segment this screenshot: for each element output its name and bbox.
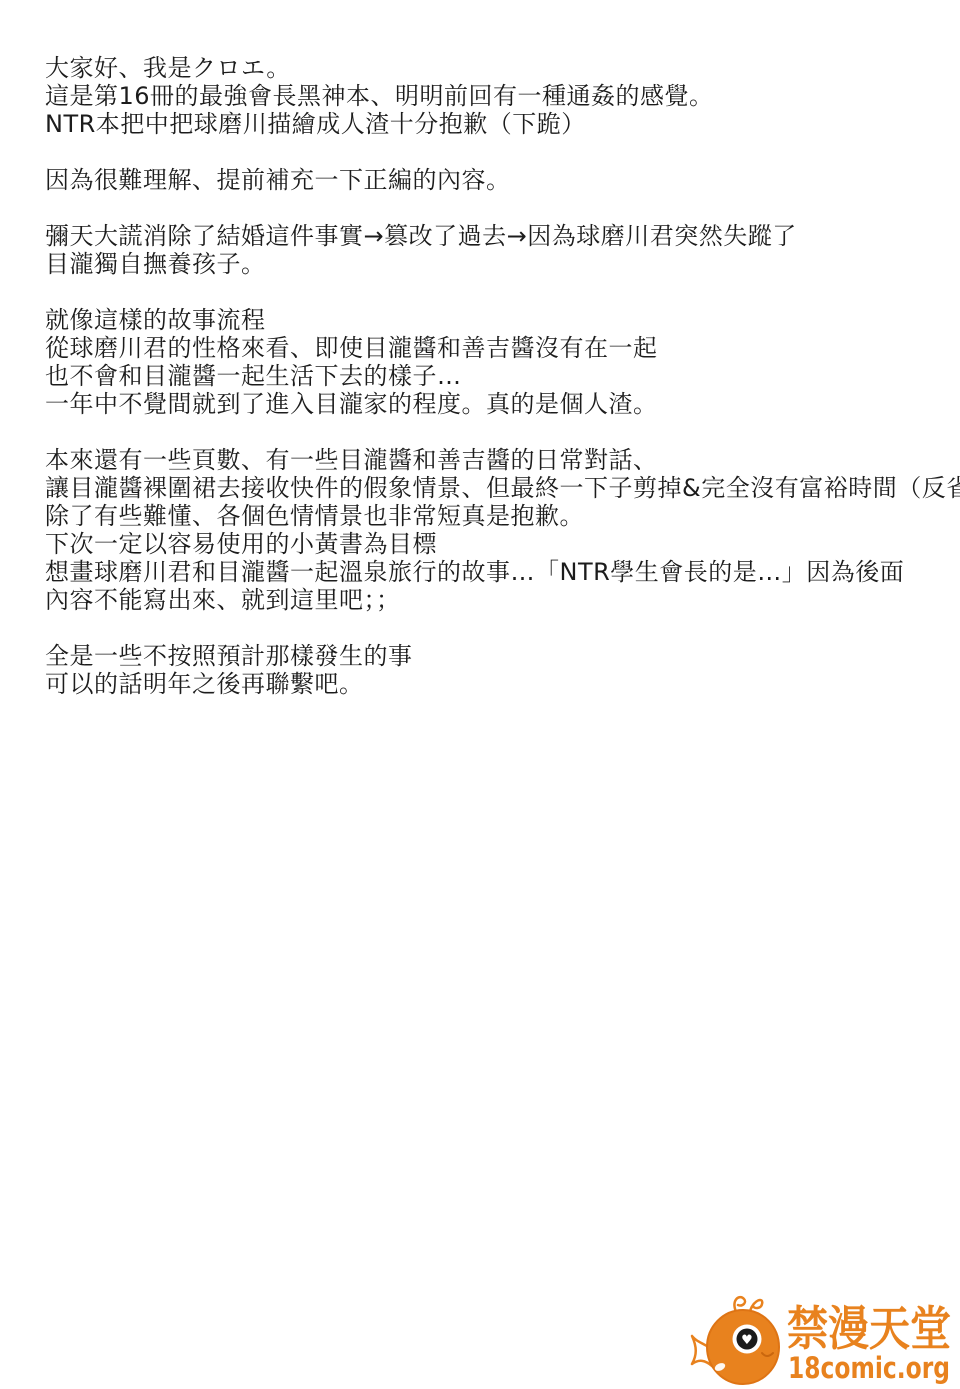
afterword-line: 目瀧獨自撫養孩子。 — [45, 250, 935, 278]
afterword-paragraph: 全是一些不按照預計那樣發生的事 可以的話明年之後再聯繫吧。 — [45, 642, 935, 698]
afterword-line: 也不會和目瀧醬一起生活下去的樣子… — [45, 362, 935, 390]
afterword-line: 讓目瀧醬裸圍裙去接收快件的假象情景、但最終一下子剪掉&完全沒有富裕時間（反省） — [45, 474, 935, 502]
afterword-line: 除了有些難懂、各個色情情景也非常短真是抱歉。 — [45, 502, 935, 530]
afterword-paragraph: 就像這樣的故事流程 從球磨川君的性格來看、即使目瀧醬和善吉醬沒有在一起 也不會和… — [45, 306, 935, 418]
afterword-line: 本來還有一些頁數、有一些目瀧醬和善吉醬的日常對話、 — [45, 446, 935, 474]
watermark-site-url: 18comic.org — [788, 1351, 950, 1385]
afterword-line: 這是第16冊的最強會長黑神本、明明前回有一種通姦的感覺。 — [45, 82, 935, 110]
afterword-paragraph: 大家好、我是クロエ。 這是第16冊的最強會長黑神本、明明前回有一種通姦的感覺。 … — [45, 54, 935, 138]
afterword-text-block: 大家好、我是クロエ。 這是第16冊的最強會長黑神本、明明前回有一種通姦的感覺。 … — [45, 54, 935, 726]
site-watermark-logo: ♥ 禁漫天堂 18comic.org — [690, 1293, 956, 1389]
whale-mascot-icon: ♥ — [692, 1297, 779, 1384]
afterword-paragraph: 本來還有一些頁數、有一些目瀧醬和善吉醬的日常對話、 讓目瀧醬裸圍裙去接收快件的假… — [45, 446, 935, 614]
whale-eye-heart-icon: ♥ — [741, 1333, 753, 1348]
afterword-line: 全是一些不按照預計那樣發生的事 — [45, 642, 935, 670]
afterword-line: 因為很難理解、提前補充一下正編的內容。 — [45, 166, 935, 194]
afterword-line: 內容不能寫出來、就到這里吧；； — [45, 586, 935, 614]
afterword-line: 下次一定以容易使用的小黃書為目標 — [45, 530, 935, 558]
afterword-line: 彌天大謊消除了結婚這件事實→篡改了過去→因為球磨川君突然失蹤了 — [45, 222, 935, 250]
afterword-paragraph: 彌天大謊消除了結婚這件事實→篡改了過去→因為球磨川君突然失蹤了 目瀧獨自撫養孩子… — [45, 222, 935, 278]
afterword-line: 想畫球磨川君和目瀧醬一起溫泉旅行的故事…「NTR學生會長的是…」因為後面 — [45, 558, 935, 586]
scanned-afterword-page: 大家好、我是クロエ。 這是第16冊的最強會長黑神本、明明前回有一種通姦的感覺。 … — [0, 0, 960, 1389]
whale-antenna-right — [750, 1300, 762, 1311]
afterword-paragraph: 因為很難理解、提前補充一下正編的內容。 — [45, 166, 935, 194]
watermark-logo-graphic: ♥ 禁漫天堂 18comic.org — [690, 1293, 956, 1389]
afterword-line: NTR本把中把球磨川描繪成人渣十分抱歉（下跪） — [45, 110, 935, 138]
afterword-line: 大家好、我是クロエ。 — [45, 54, 935, 82]
afterword-line: 就像這樣的故事流程 — [45, 306, 935, 334]
afterword-line: 從球磨川君的性格來看、即使目瀧醬和善吉醬沒有在一起 — [45, 334, 935, 362]
watermark-site-name: 禁漫天堂 — [787, 1302, 951, 1357]
afterword-line: 可以的話明年之後再聯繫吧。 — [45, 670, 935, 698]
afterword-line: 一年中不覺間就到了進入目瀧家的程度。真的是個人渣。 — [45, 390, 935, 418]
